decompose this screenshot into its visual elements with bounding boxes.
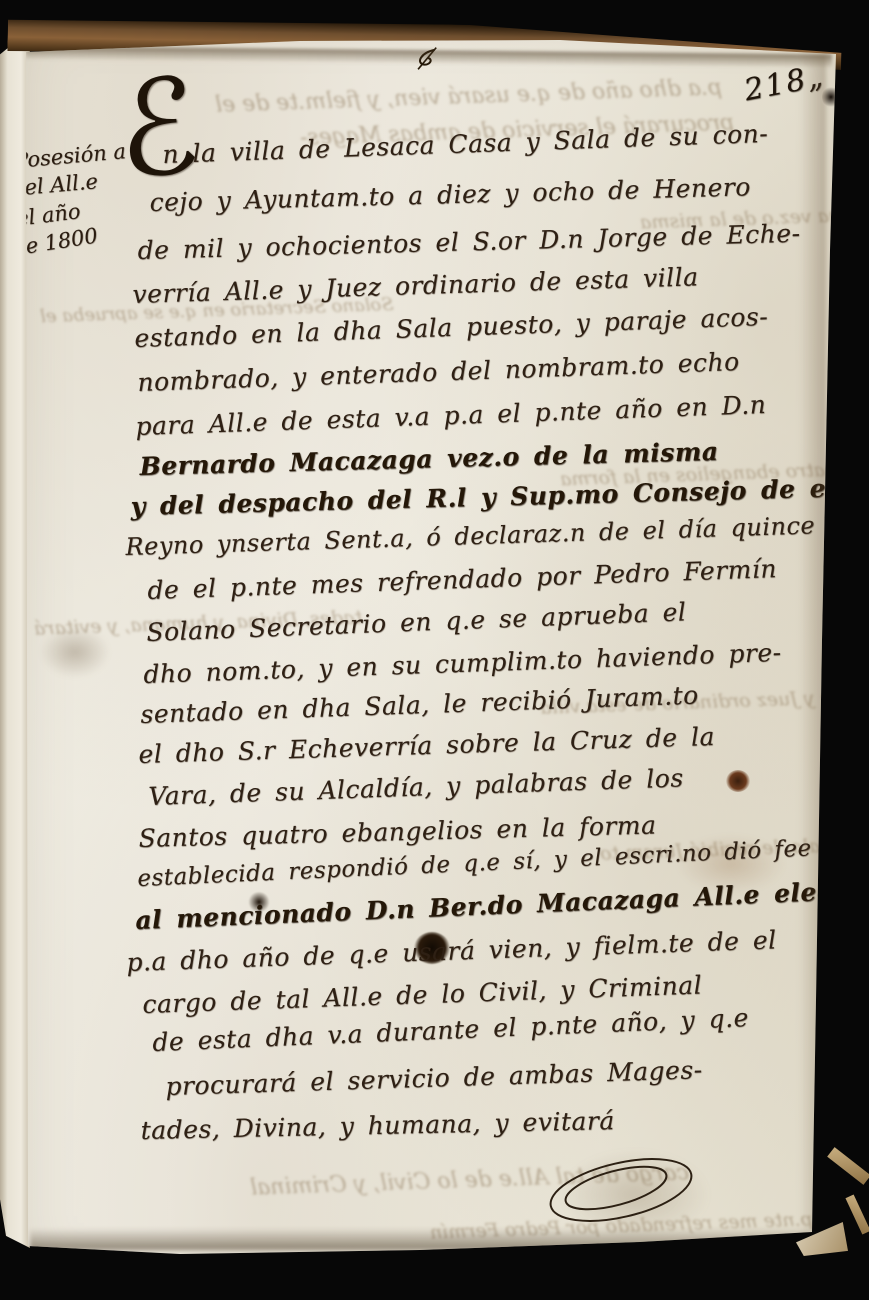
body-line: sentado en dha Sala, le recibió Juram.to [140,681,699,729]
margin-note-line: Posesión a [13,139,127,173]
body-line: verría All.e y Juez ordinario de esta vi… [132,262,699,309]
manuscript-page: p.a dho año de q.e usará vien, y fielm.t… [0,0,869,1300]
body-line: de mil y ochocientos el S.or D.n Jorge d… [137,219,801,265]
body-line: p.a dho año de q.e usará vien, y fielm.t… [126,925,777,977]
ink-stain [40,626,110,678]
body-line: Reyno ynserta Sent.a, ó declaraz.n de el… [125,511,815,561]
body-line: nombrado, y enterado del nombram.to echo [137,347,740,397]
bleedthrough-text: p.a dho año de q.e usará vien, y fielm.t… [215,75,723,118]
rubric-flourish [536,1146,706,1240]
invocation-mark-icon [410,44,444,78]
body-line: Vara, de su Alcaldía, y palabras de los [148,763,684,811]
binding-tie [845,1194,869,1234]
body-line: procurará el servicio de ambas Mages- [165,1055,703,1101]
manuscript-photo: p.a dho año de q.e usará vien, y fielm.t… [0,0,869,1300]
underlying-page-edges [0,30,30,1248]
binding-tie [827,1147,869,1185]
body-line: tades, Divina, y humana, y evitará [140,1106,615,1145]
body-line: para All.e de esta v.a p.a el p.nte año … [135,390,767,441]
body-line: el dho S.r Echeverría sobre la Cruz de l… [138,722,715,769]
page-right-grime [800,54,826,1234]
folio-number: 218„ [741,59,827,109]
body-line: Solano Secretario en q.e se aprueba el [146,597,687,647]
decorated-initial: ℰ [113,49,203,208]
ink-blot [726,770,750,792]
